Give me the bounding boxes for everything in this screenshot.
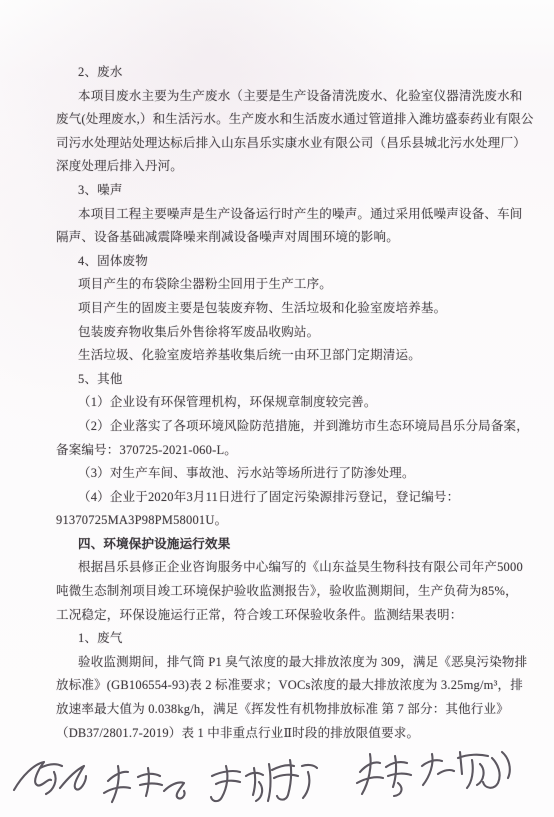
handwritten-signature-2: [100, 763, 186, 805]
section-heading: 3、噪声: [56, 179, 512, 203]
doc-line: 放速率最大值为 0.038kg/h，满足《挥发性有机物排放标准 第 7 部分：其…: [56, 698, 512, 722]
section-heading: 1、废气: [56, 627, 512, 651]
doc-line: 深度处理后排入丹河。: [56, 155, 512, 179]
signature-stroke: [14, 762, 86, 794]
doc-line: 项目产生的布袋除尘器粉尘回用于生产工序。: [56, 273, 512, 297]
doc-line: 备案编号：370725-2021-060-L。: [56, 439, 512, 463]
handwritten-signature-3: [206, 764, 268, 804]
handwritten-signature-5: [352, 750, 416, 798]
doc-line: 吨微生态制剂项目竣工环境保护验收监测报告》，验收监测期间，生产负荷为85%，: [56, 580, 512, 604]
section-heading: 4、固体废物: [56, 250, 512, 274]
section-heading: 2、废水: [56, 61, 512, 85]
document-page: 2、废水 本项目废水主要为生产废水（主要是生产设备清洗废水、化验室仪器清洗废水和…: [0, 0, 554, 817]
doc-line: 生活垃圾、化验室废培养基收集后统一由环卫部门定期清运。: [56, 344, 512, 368]
doc-line: 本项目废水主要为生产废水（主要是生产设备清洗废水、化验室仪器清洗废水和: [56, 85, 512, 109]
signature-stroke: [422, 752, 510, 788]
doc-line: 91370725MA3P98PM58001U。: [56, 509, 512, 533]
section-heading: 四、环境保护设施运行效果: [56, 533, 512, 557]
doc-line: 项目产生的固废主要是包装废弃物、生活垃圾和化验室废培养基。: [56, 297, 512, 321]
signature-stroke: [211, 766, 263, 801]
doc-line: 司污水处理站处理达标后排入山东昌乐实康水业有限公司（昌乐县城北污水处理厂）: [56, 132, 512, 156]
doc-line: （2）企业落实了各项环境风险防范措施，并到潍坊市生态环境局昌乐分局备案，: [56, 415, 512, 439]
doc-line: 验收监测期间，排气筒 P1 臭气浓度的最大排放浓度为 309，满足《恶臭污染物排: [56, 651, 512, 675]
doc-line: （3）对生产车间、事故池、污水站等场所进行了防渗处理。: [56, 462, 512, 486]
doc-line: 放标准》(GB106554-93)表 2 标准要求；VOCs浓度的最大排放浓度为…: [56, 674, 512, 698]
doc-line: 工况稳定，环保设施运行正常，符合竣工环保验收条件。监测结果表明：: [56, 604, 512, 628]
handwritten-signature-4: [262, 758, 318, 804]
doc-line: （1）企业设有环保管理机构，环保规章制度较完善。: [56, 391, 512, 415]
handwritten-signature-6: [416, 746, 516, 796]
doc-line: 隔声、设备基础减震降噪来削减设备噪声对周围环境的影响。: [56, 226, 512, 250]
signature-stroke: [104, 766, 185, 802]
doc-line: 废气(处理废水,）和生活污水。生产废水和生活废水通过管道排入潍坊盛泰药业有限公: [56, 108, 512, 132]
document-body: 2、废水 本项目废水主要为生产废水（主要是生产设备清洗废水、化验室仪器清洗废水和…: [56, 61, 512, 745]
doc-line: （4）企业于2020年3月11日进行了固定污染源排污登记，登记编号：: [56, 486, 512, 510]
signature-row: [0, 740, 554, 817]
signature-stroke: [268, 760, 317, 801]
signature-stroke: [357, 754, 411, 796]
handwritten-signature-1: [10, 756, 88, 800]
doc-line: 根据昌乐县修正企业咨询服务中心编写的《山东益昊生物科技有限公司年产5000: [56, 556, 512, 580]
doc-line: 包装废弃物收集后外售徐将军废品收购站。: [56, 321, 512, 345]
section-heading: 5、其他: [56, 368, 512, 392]
doc-line: 本项目工程主要噪声是生产设备运行时产生的噪声。通过采用低噪声设备、车间: [56, 203, 512, 227]
